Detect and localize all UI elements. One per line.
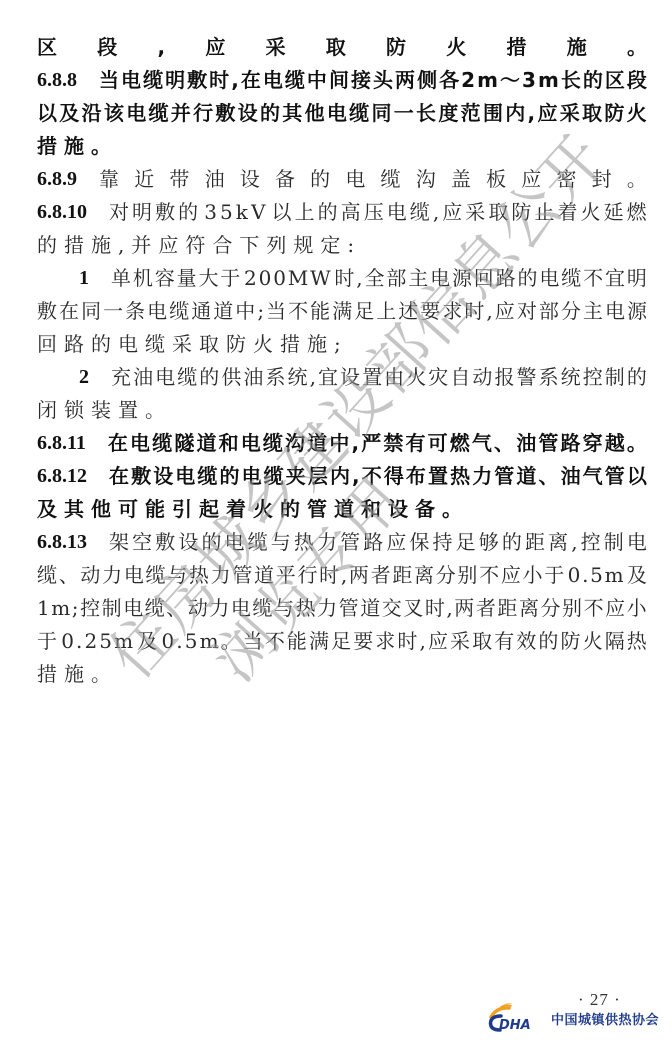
cdha-logo-icon: DHA	[487, 1003, 549, 1033]
line-text: 敷在同一条电缆通道中;当不能满足上述要求时,应对部分主电源	[37, 295, 647, 328]
list-item-number: 1	[79, 262, 89, 295]
publisher-name: 中国城镇供热协会	[551, 1009, 659, 1028]
clause-number: 6.8.12	[37, 460, 87, 493]
text-line: 以及沿该电缆并行敷设的其他电缆同一长度范围内,应采取防火	[37, 97, 647, 130]
line-text: 措施。	[37, 658, 118, 691]
clause-number: 6.8.13	[37, 526, 87, 559]
line-text: 1m;控制电缆、动力电缆与热力管道交叉时,两者距离分别不应小	[37, 592, 647, 625]
text-line: 敷在同一条电缆通道中;当不能满足上述要求时,应对部分主电源	[37, 295, 647, 328]
text-line: 6.8.11在电缆隧道和电缆沟道中,严禁有可燃气、油管路穿越。	[37, 427, 647, 460]
text-line: 6.8.10对明敷的 35kV 以上的高压电缆,应采取防止着火延燃	[37, 196, 647, 229]
line-text: 在敷设电缆的电缆夹层内,不得布置热力管道、油气管以	[109, 460, 647, 493]
line-text: 及其他可能引起着火的管道和设备。	[37, 493, 469, 526]
text-line: 及其他可能引起着火的管道和设备。	[37, 493, 647, 526]
clause-number: 6.8.10	[37, 196, 87, 229]
clause-number: 6.8.11	[37, 427, 86, 460]
line-text: 区段,应采取防火措施。	[37, 31, 647, 64]
line-text: 闭锁装置。	[37, 394, 172, 427]
text-line: 闭锁装置。	[37, 394, 647, 427]
svg-text:DHA: DHA	[499, 1018, 531, 1033]
line-text: 当电缆明敷时,在电缆中间接头两侧各2m～3m长的区段	[99, 64, 647, 97]
clause-number: 6.8.9	[37, 163, 77, 196]
text-line: 缆、动力电缆与热力管道平行时,两者距离分别不应小于 0.5m 及	[37, 559, 647, 592]
line-text: 充油电缆的供油系统,宜设置由火灾自动报警系统控制的	[111, 361, 647, 394]
body-text: 区段,应采取防火措施。6.8.8当电缆明敷时,在电缆中间接头两侧各2m～3m长的…	[37, 31, 647, 691]
line-text: 架空敷设的电缆与热力管路应保持足够的距离,控制电	[109, 526, 647, 559]
text-line: 1m;控制电缆、动力电缆与热力管道交叉时,两者距离分别不应小	[37, 592, 647, 625]
line-text: 以及沿该电缆并行敷设的其他电缆同一长度范围内,应采取防火	[37, 97, 647, 130]
line-text: 的措施,并应符合下列规定:	[37, 229, 361, 262]
line-text: 对明敷的 35kV 以上的高压电缆,应采取防止着火延燃	[109, 196, 647, 229]
line-text: 单机容量大于 200MW 时,全部主电源回路的电缆不宜明	[111, 262, 647, 295]
text-line: 2充油电缆的供油系统,宜设置由火灾自动报警系统控制的	[37, 361, 647, 394]
list-item-number: 2	[79, 361, 89, 394]
line-text: 靠近带油设备的电缆沟盖板应密封。	[99, 163, 647, 196]
text-line: 的措施,并应符合下列规定:	[37, 229, 647, 262]
line-text: 措施。	[37, 130, 118, 163]
document-page: 区段,应采取防火措施。6.8.8当电缆明敷时,在电缆中间接头两侧各2m～3m长的…	[0, 0, 672, 1048]
line-text: 缆、动力电缆与热力管道平行时,两者距离分别不应小于 0.5m 及	[37, 559, 647, 592]
line-text: 在电缆隧道和电缆沟道中,严禁有可燃气、油管路穿越。	[108, 427, 647, 460]
line-text: 回路的电缆采取防火措施;	[37, 328, 348, 361]
text-line: 措施。	[37, 658, 647, 691]
clause-number: 6.8.8	[37, 64, 77, 97]
text-line: 6.8.13架空敷设的电缆与热力管路应保持足够的距离,控制电	[37, 526, 647, 559]
text-line: 于 0.25m 及 0.5m。当不能满足要求时,应采取有效的防火隔热	[37, 625, 647, 658]
line-text: 于 0.25m 及 0.5m。当不能满足要求时,应采取有效的防火隔热	[37, 625, 647, 658]
publisher-logo: DHA 中国城镇供热协会	[487, 1003, 659, 1033]
text-line: 6.8.8当电缆明敷时,在电缆中间接头两侧各2m～3m长的区段	[37, 64, 647, 97]
text-line: 1单机容量大于 200MW 时,全部主电源回路的电缆不宜明	[37, 262, 647, 295]
text-line: 区段,应采取防火措施。	[37, 31, 647, 64]
text-line: 措施。	[37, 130, 647, 163]
text-line: 6.8.12在敷设电缆的电缆夹层内,不得布置热力管道、油气管以	[37, 460, 647, 493]
text-line: 回路的电缆采取防火措施;	[37, 328, 647, 361]
text-line: 6.8.9靠近带油设备的电缆沟盖板应密封。	[37, 163, 647, 196]
